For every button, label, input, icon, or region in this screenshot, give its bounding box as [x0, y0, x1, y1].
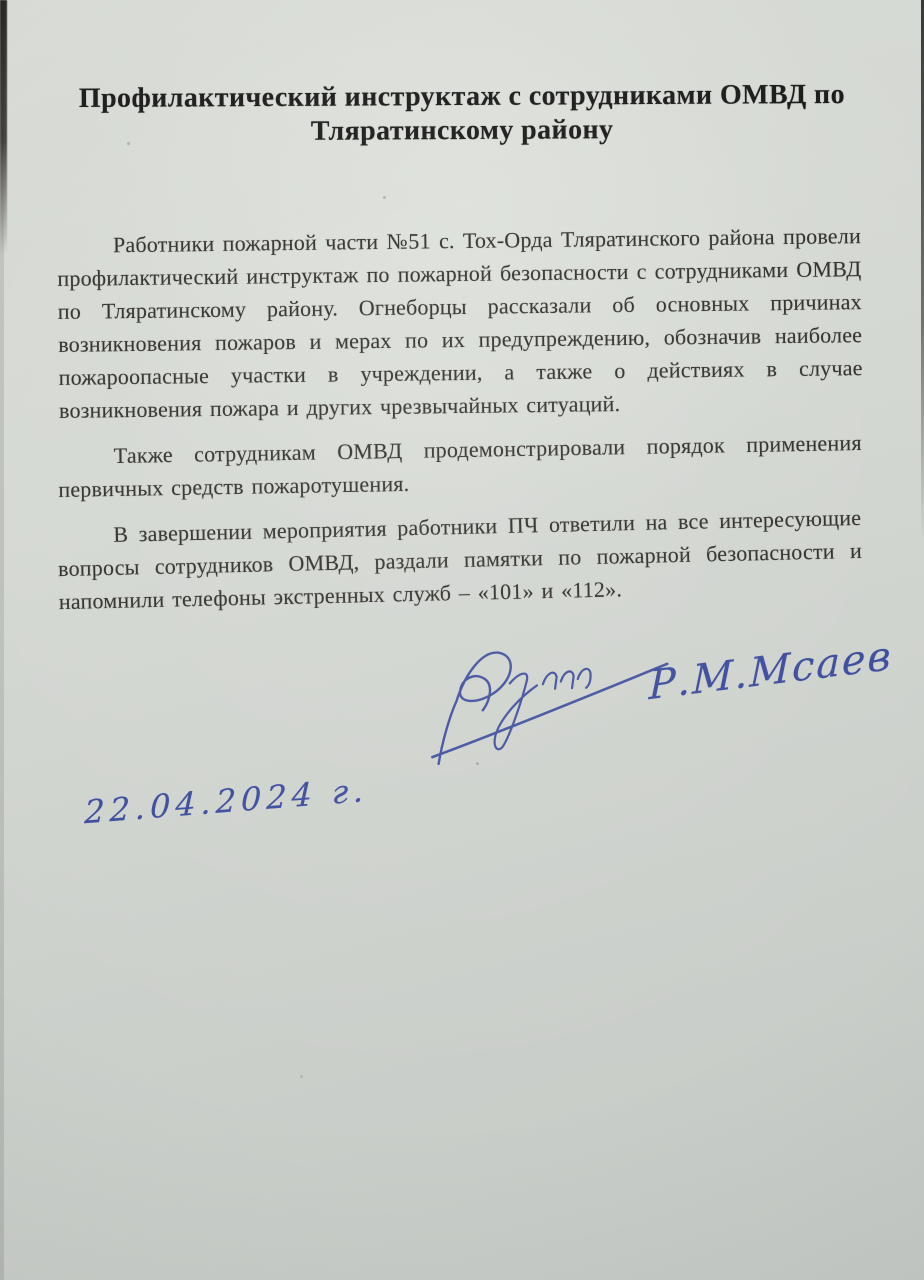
scanned-page: Профилактический инструктаж с сотрудника…: [0, 0, 924, 1280]
title-line-1: Профилактический инструктаж с сотрудника…: [62, 78, 862, 116]
paper-speck: [300, 1075, 303, 1078]
left-edge-shadow: [0, 0, 7, 255]
document-title: Профилактический инструктаж с сотрудника…: [62, 78, 862, 150]
signature-scribble-ink: [421, 608, 676, 767]
paragraph-2: Также сотрудникам ОМВД продемонстрировал…: [57, 426, 862, 506]
handwritten-date: 22.04.2024 г.: [84, 771, 369, 832]
signature-name: Р.М.Мсаев: [649, 633, 893, 709]
paragraph-1: Работники пожарной части №51 с. Тох-Орда…: [57, 219, 863, 427]
title-line-2: Тляратинскому району: [62, 112, 862, 150]
paragraph-3: В завершении мероприятия работники ПЧ от…: [57, 501, 863, 618]
document-body: Работники пожарной части №51 с. Тох-Орда…: [58, 224, 862, 620]
paper-speck: [383, 196, 386, 199]
